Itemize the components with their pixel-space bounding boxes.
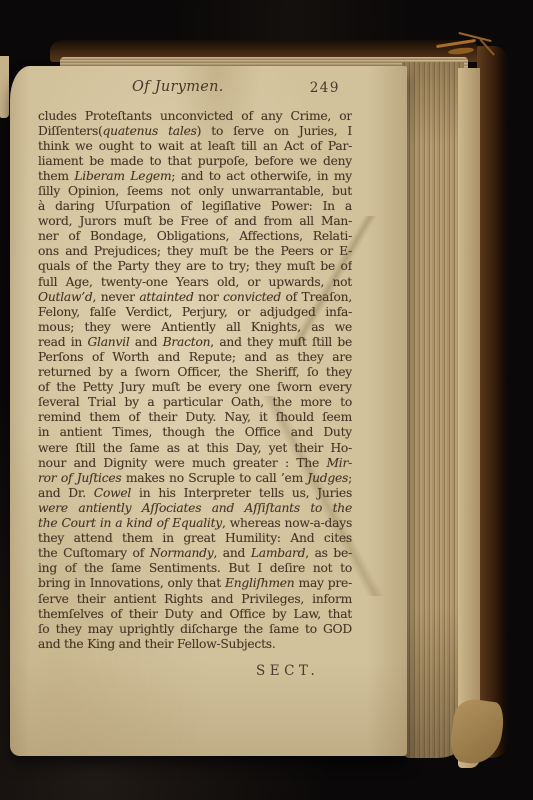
- roman-text: ner of Bondage, Obligations, Affections,…: [38, 229, 352, 243]
- italic-text: attainted: [139, 290, 193, 304]
- roman-text: quals of the Party they are to try; they…: [38, 259, 352, 273]
- italic-text: Lambard: [251, 546, 305, 560]
- roman-text: Felony, falſe Verdict, Perjury, or adjud…: [38, 305, 352, 319]
- text-line: ner of Bondage, Obligations, Affections,…: [38, 229, 352, 244]
- text-line: the Cuſtomary of Normandy, and Lambard, …: [38, 546, 352, 561]
- catchword: SECT.: [256, 663, 319, 679]
- roman-text: returned by a ſworn Officer, the Sheriff…: [38, 365, 352, 379]
- roman-text: nor: [194, 290, 224, 304]
- roman-text: liament be made to that purpoſe, before …: [38, 154, 352, 168]
- roman-text: they attend them in great Humility: And …: [38, 531, 352, 545]
- italic-text: ror of Juſtices: [38, 471, 121, 485]
- page-number: 249: [310, 80, 340, 96]
- text-line: word, Jurors muſt be Free of and from al…: [38, 214, 352, 229]
- roman-text: , never: [93, 290, 140, 304]
- roman-text: nour and Dignity were much greater : The: [38, 456, 326, 470]
- text-line: in antient Times, though the Office and …: [38, 425, 352, 440]
- roman-text: cludes Proteſtants unconvicted of any Cr…: [38, 109, 352, 123]
- text-line: Felony, falſe Verdict, Perjury, or adjud…: [38, 305, 352, 320]
- italic-text: Normandy: [150, 546, 214, 560]
- italic-text: quatenus tales: [103, 124, 197, 138]
- roman-text: may pre-: [294, 576, 352, 590]
- roman-text: ſo they may uprightly diſcharge the ſame…: [38, 622, 352, 636]
- italic-text: Cowel: [94, 486, 131, 500]
- text-line: were ſtill the ſame as at this Day, yet …: [38, 441, 352, 456]
- roman-text: makes no Scruple to call ’em: [121, 471, 307, 485]
- roman-text: Diſſenters(: [38, 124, 103, 138]
- italic-text: convicted: [223, 290, 281, 304]
- italic-text: Bracton: [163, 335, 211, 349]
- italic-text: Engliſhmen: [225, 576, 294, 590]
- text-line: read in Glanvil and Bracton, and they mu…: [38, 335, 352, 350]
- roman-text: à daring Uſurpation of legiſlative Power…: [38, 199, 352, 213]
- italic-text: Glanvil: [87, 335, 129, 349]
- roman-text: , and they muſt ſtill be: [210, 335, 352, 349]
- flyleaf-edge: [458, 68, 480, 768]
- italic-text: the Court in a kind of Equality: [38, 516, 222, 530]
- book-cover-right-edge: [477, 46, 508, 758]
- text-line: ſerve their antient Rights and Privilege…: [38, 592, 352, 607]
- italic-text: Judges: [307, 471, 348, 485]
- text-line: quals of the Party they are to try; they…: [38, 259, 352, 274]
- roman-text: in antient Times, though the Office and …: [38, 425, 352, 439]
- text-line: Diſſenters(quatenus tales) to ſerve on J…: [38, 124, 352, 139]
- roman-text: of the Petty Jury muſt be every one ſwor…: [38, 380, 352, 394]
- page-stack-fore-edge: [402, 62, 464, 758]
- text-line: were antiently Aſſociates and Aſſiſtants…: [38, 501, 352, 516]
- roman-text: full Age, twenty-one Years old, or upwar…: [38, 275, 352, 289]
- text-line: of the Petty Jury muſt be every one ſwor…: [38, 380, 352, 395]
- roman-text: remind them of their Duty. Nay, it ſhoul…: [38, 410, 352, 424]
- body-text: cludes Proteſtants unconvicted of any Cr…: [38, 109, 352, 652]
- photo-stage: Of Jurymen. 249 cludes Proteſtants uncon…: [0, 0, 533, 800]
- roman-text: were ſtill the ſame as at this Day, yet …: [38, 441, 352, 455]
- roman-text: , whereas now-a-days: [222, 516, 352, 530]
- roman-text: themſelves of their Duty and Office by L…: [38, 607, 352, 621]
- roman-text: , and: [213, 546, 250, 560]
- text-line: full Age, twenty-one Years old, or upwar…: [38, 275, 352, 290]
- roman-text: ons and Prejudices; they muſt be the Pee…: [38, 244, 352, 258]
- book-page: Of Jurymen. 249 cludes Proteſtants uncon…: [10, 66, 407, 756]
- roman-text: the Cuſtomary of: [38, 546, 150, 560]
- frayed-thread: [436, 39, 476, 48]
- text-line: them Liberam Legem; and to act otherwiſe…: [38, 169, 352, 184]
- roman-text: word, Jurors muſt be Free of and from al…: [38, 214, 352, 228]
- roman-text: read in: [38, 335, 87, 349]
- italic-text: Mir-: [326, 456, 352, 470]
- roman-text: ; and to act otherwiſe, in my: [171, 169, 352, 183]
- text-line: ror of Juſtices makes no Scruple to call…: [38, 471, 352, 486]
- roman-text: and: [130, 335, 163, 349]
- text-line: bring in Innovations, only that Engliſhm…: [38, 576, 352, 591]
- text-line: liament be made to that purpoſe, before …: [38, 154, 352, 169]
- roman-text: bring in Innovations, only that: [38, 576, 225, 590]
- roman-text: ;: [348, 471, 352, 485]
- text-line: nour and Dignity were much greater : The…: [38, 456, 352, 471]
- roman-text: ſilly Opinion, ſeems not only unwarranta…: [38, 184, 352, 198]
- text-line: cludes Proteſtants unconvicted of any Cr…: [38, 109, 352, 124]
- text-line: ing of the ſame Sentiments. But I deſire…: [38, 561, 352, 576]
- running-title: Of Jurymen.: [132, 79, 224, 95]
- text-line: returned by a ſworn Officer, the Sheriff…: [38, 365, 352, 380]
- text-line: think we ought to wait at leaſt till an …: [38, 139, 352, 154]
- roman-text: Perſons of Worth and Repute; and as they…: [38, 350, 352, 364]
- roman-text: ſeveral Trial by a particular Oath, the …: [38, 395, 352, 409]
- frayed-thread: [448, 47, 474, 56]
- roman-text: , as be-: [305, 546, 352, 560]
- italic-text: Outlaw’d: [38, 290, 93, 304]
- roman-text: in his Interpreter tells us, Juries: [131, 486, 352, 500]
- text-line: Perſons of Worth and Repute; and as they…: [38, 350, 352, 365]
- roman-text: them: [38, 169, 74, 183]
- roman-text: and Dr.: [38, 486, 94, 500]
- text-line: ons and Prejudices; they muſt be the Pee…: [38, 244, 352, 259]
- roman-text: and the King and their Fellow-Subjects.: [38, 637, 275, 651]
- italic-text: Liberam Legem: [74, 169, 171, 183]
- roman-text: mous; they were Antiently all Knights, a…: [38, 320, 352, 334]
- text-line: Outlaw’d, never attainted nor convicted …: [38, 290, 352, 305]
- roman-text: of Treaſon,: [281, 290, 352, 304]
- text-line: themſelves of their Duty and Office by L…: [38, 607, 352, 622]
- text-line: à daring Uſurpation of legiſlative Power…: [38, 199, 352, 214]
- text-line: ſo they may uprightly diſcharge the ſame…: [38, 622, 352, 637]
- left-page-sliver: [0, 56, 9, 118]
- text-line: and the King and their Fellow-Subjects.: [38, 637, 352, 652]
- text-line: mous; they were Antiently all Knights, a…: [38, 320, 352, 335]
- italic-text: were antiently Aſſociates and Aſſiſtants…: [38, 501, 352, 516]
- text-line: ſeveral Trial by a particular Oath, the …: [38, 395, 352, 410]
- text-line: they attend them in great Humility: And …: [38, 531, 352, 546]
- roman-text: think we ought to wait at leaſt till an …: [38, 139, 352, 153]
- text-line: ſilly Opinion, ſeems not only unwarranta…: [38, 184, 352, 199]
- roman-text: ſerve their antient Rights and Privilege…: [38, 592, 352, 606]
- page-header: Of Jurymen. 249: [38, 79, 352, 99]
- text-line: the Court in a kind of Equality, whereas…: [38, 516, 352, 531]
- text-line: and Dr. Cowel in his Interpreter tells u…: [38, 486, 352, 501]
- roman-text: ing of the ſame Sentiments. But I deſire…: [38, 561, 352, 575]
- text-line: remind them of their Duty. Nay, it ſhoul…: [38, 410, 352, 425]
